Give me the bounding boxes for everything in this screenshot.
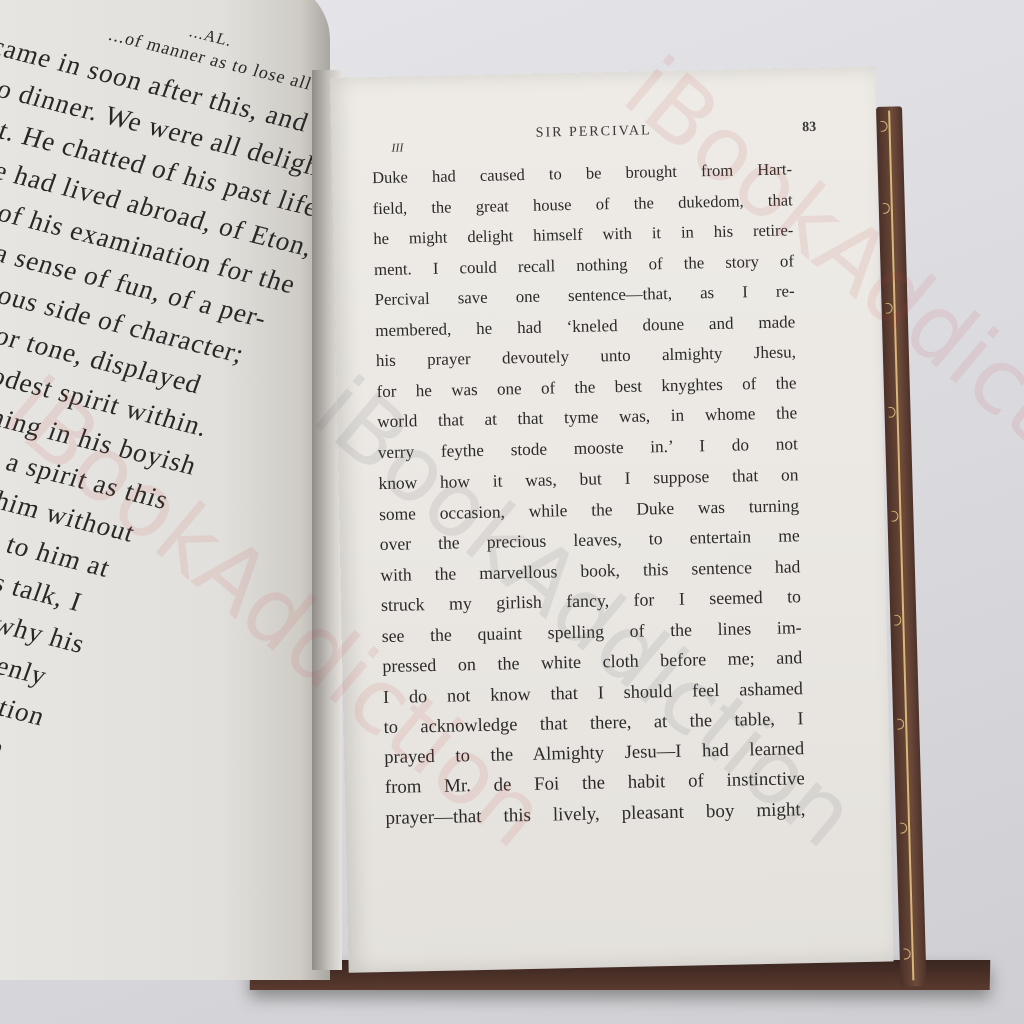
gilt-ornament-icon <box>897 718 904 729</box>
running-title: SIR PERCIVAL <box>371 120 816 145</box>
left-page-text: ...AL. ...of manner as to lose all ...uk… <box>0 0 309 67</box>
page-number: 83 <box>802 120 816 136</box>
right-page: III SIR PERCIVAL 83 Duke had caused to b… <box>330 67 894 973</box>
gilt-ornament-icon <box>891 511 898 522</box>
gilt-ornament-icon <box>904 948 911 959</box>
page-body-text: Duke had caused to be brought from Hart-… <box>372 154 806 834</box>
gilt-ornament-icon <box>885 303 892 314</box>
gilt-ornament-icon <box>888 407 895 418</box>
running-head: III SIR PERCIVAL 83 <box>371 120 816 149</box>
left-page: ...AL. ...of manner as to lose all ...uk… <box>0 0 330 980</box>
gilt-ornament-icon <box>894 614 901 625</box>
gilt-ornament-icon <box>900 822 907 833</box>
gilt-ornament-icon <box>883 203 890 214</box>
gilt-ornament-icon <box>880 121 887 132</box>
